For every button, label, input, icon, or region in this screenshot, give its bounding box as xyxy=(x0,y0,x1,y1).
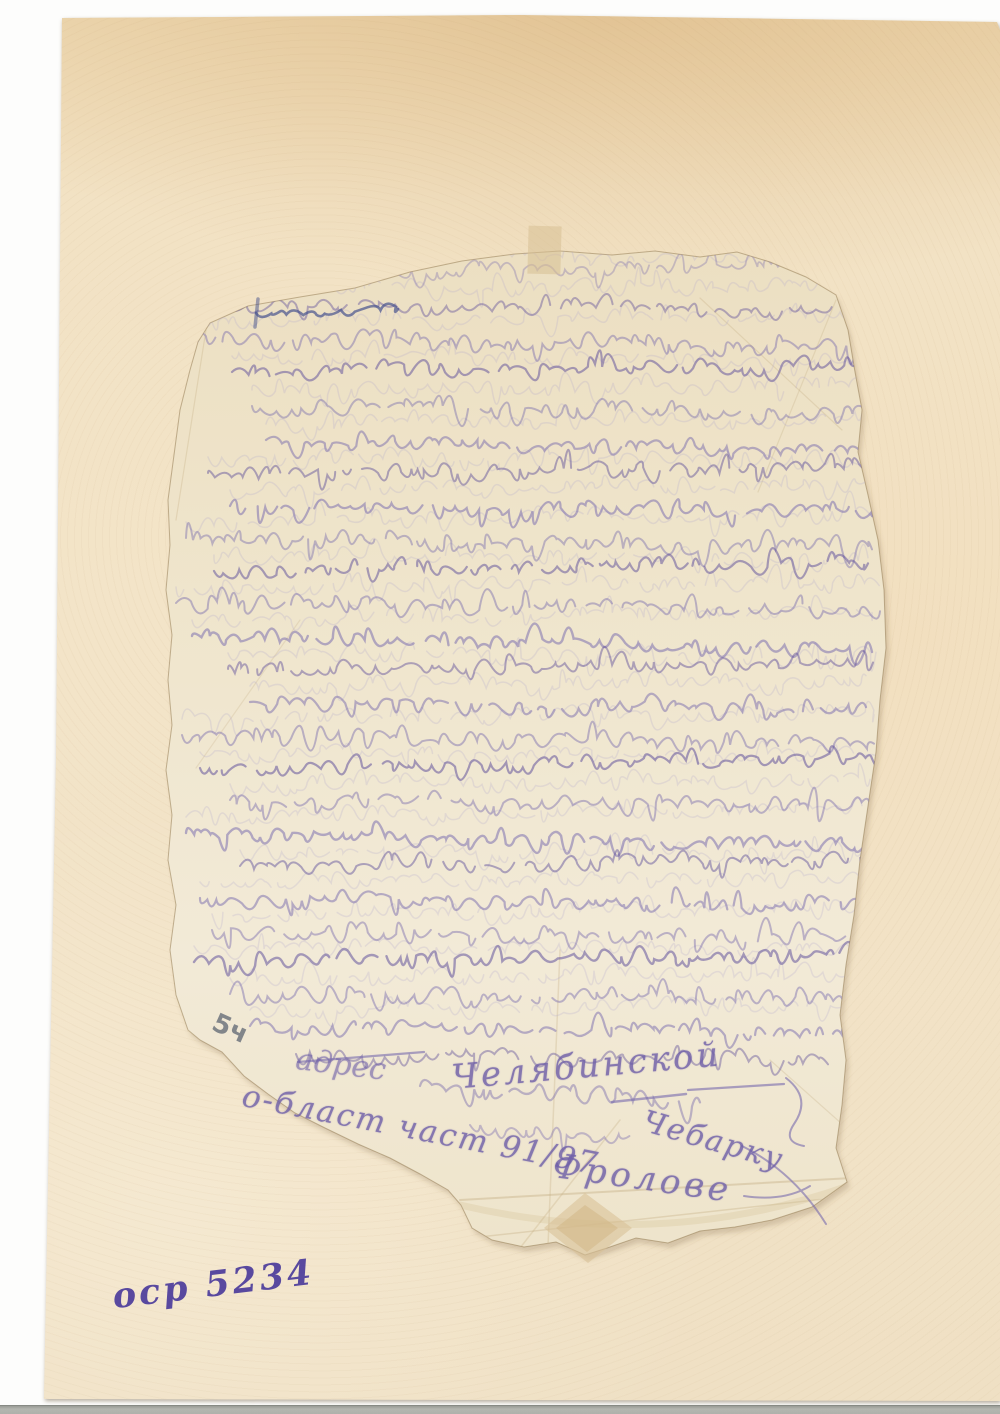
scanner-edge-strip xyxy=(0,1405,1000,1414)
scanned-document: адрес Челябинской о-бласт част 91/97 Чеб… xyxy=(0,0,1000,1414)
letter-fragment-svg xyxy=(0,0,1000,1414)
tape-strip-top xyxy=(527,226,561,275)
